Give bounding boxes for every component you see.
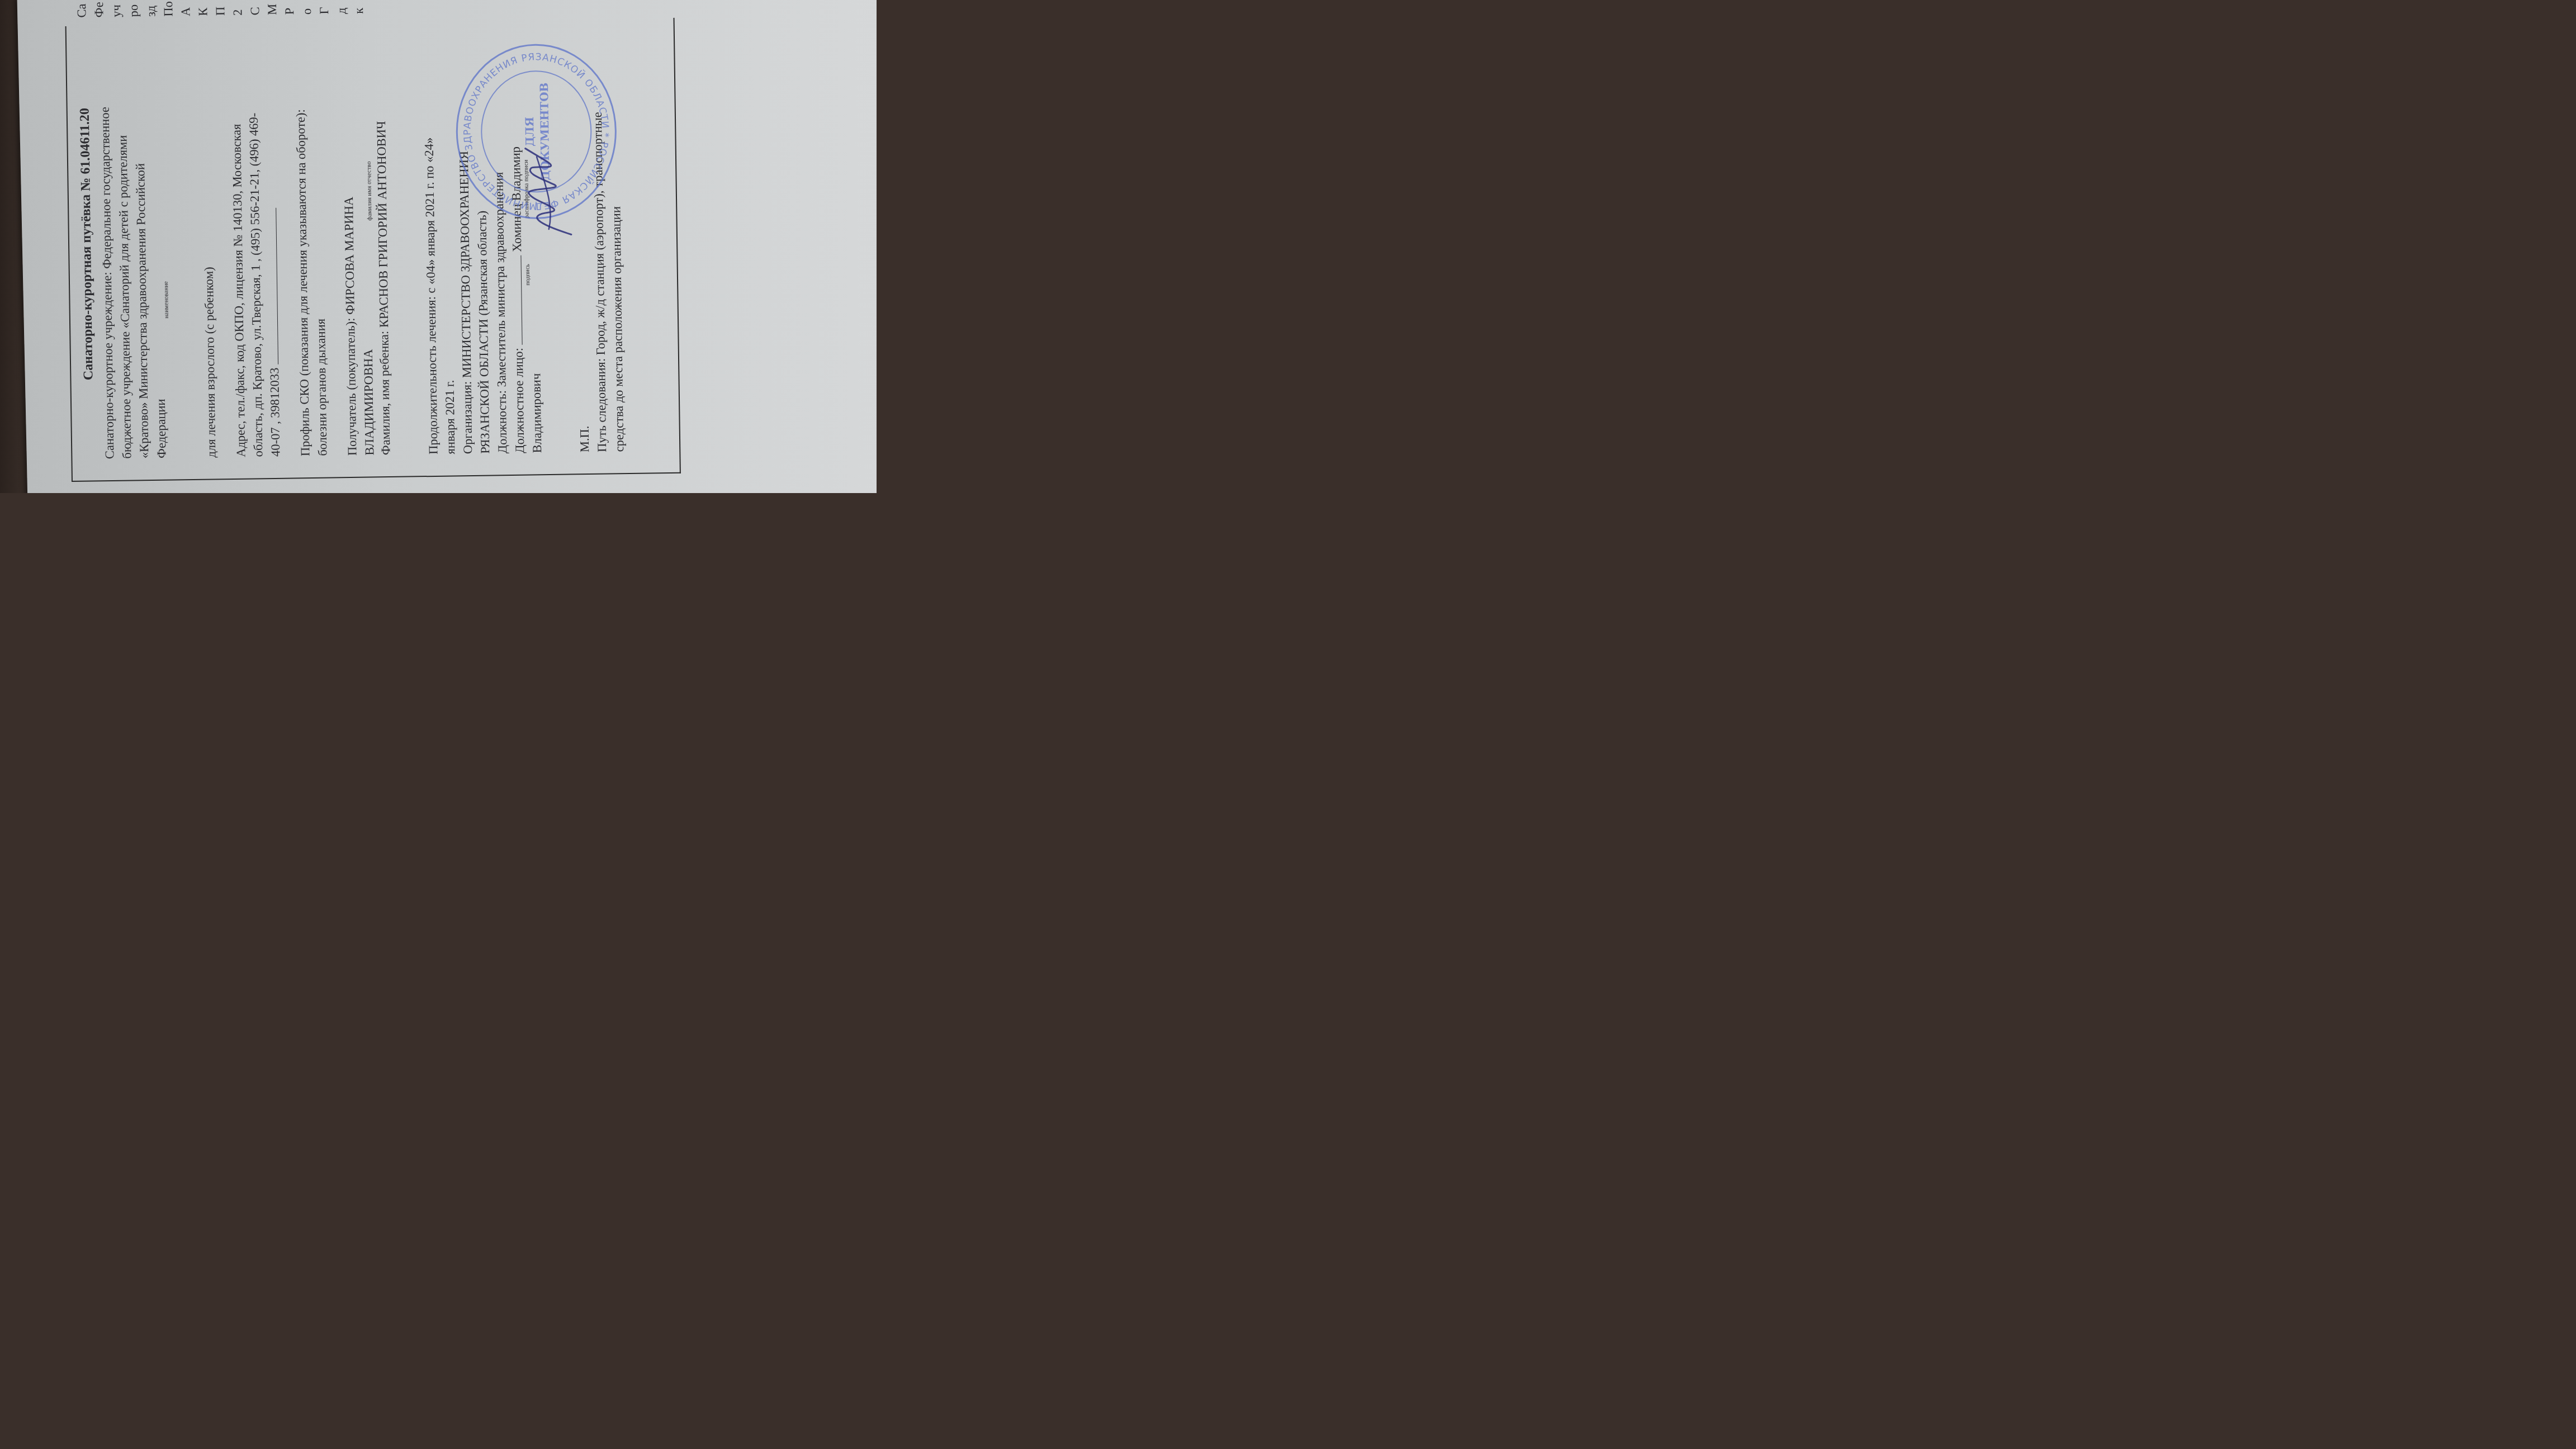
adjacent-fragment: Г	[314, 0, 333, 15]
official-label: Должностное лицо:	[512, 348, 527, 453]
organization-block: Организация: МИНИСТЕРСТВО ЗДРАВООХРАНЕНИ…	[453, 22, 546, 454]
adjacent-fragment: С	[244, 0, 264, 16]
official-name-cont: Владимирович	[529, 373, 544, 453]
route-block: Путь следования: Город, ж/д станция (аэр…	[588, 21, 628, 452]
voucher-document: Санаторно-курортная путёвка № 61.04611.2…	[65, 0, 684, 482]
adjacent-fragment: д	[331, 0, 351, 14]
address-line-text: 40-07 , 39812033	[267, 367, 282, 457]
adjacent-fragment: К	[192, 0, 212, 16]
signature-caption: подпись	[524, 264, 532, 286]
adjacent-fragment: Фе	[88, 0, 108, 17]
adjacent-fragment: уч	[106, 0, 125, 17]
recipient-block: Получатель (покупатель): ФИРСОВА МАРИНА …	[338, 25, 395, 456]
decoding-caption: расшифровка подписи	[522, 160, 531, 219]
adjacent-fragment: зд	[140, 0, 160, 17]
adjacent-fragment: к	[348, 0, 368, 14]
adjacent-fragment: ро	[123, 0, 143, 17]
adjacent-fragment: о	[296, 0, 316, 15]
adjacent-form-column: СаФеучроздПоАКП2СМРоГдк	[71, 0, 368, 18]
adjacent-fragment: А	[175, 0, 195, 16]
adjacent-fragment: По	[158, 0, 177, 17]
voucher-content: Санаторно-курортная путёвка № 61.04611.2…	[73, 21, 628, 460]
profile-block: Профиль СКО (показания для лечения указы…	[291, 26, 332, 457]
signature-blank-line	[520, 255, 522, 344]
address-blank-line	[276, 208, 278, 364]
adjacent-fragment: Р	[279, 0, 299, 15]
adjacent-fragment: Са	[71, 0, 91, 18]
adjacent-fragment: 2	[227, 0, 247, 16]
address-block: Адрес, тел./факс, код ОКПО, лицензия № 1…	[226, 26, 285, 457]
duration-block: Продолжительность лечения: с «04» января…	[419, 23, 460, 454]
adjacent-fragment: П	[210, 0, 229, 16]
institution-block: Санаторно-курортное учреждение: Федераль…	[95, 28, 173, 460]
adjacent-fragment: М	[262, 0, 281, 15]
voucher-title: Санаторно-курортная путёвка № 61.04611.2…	[75, 29, 99, 459]
